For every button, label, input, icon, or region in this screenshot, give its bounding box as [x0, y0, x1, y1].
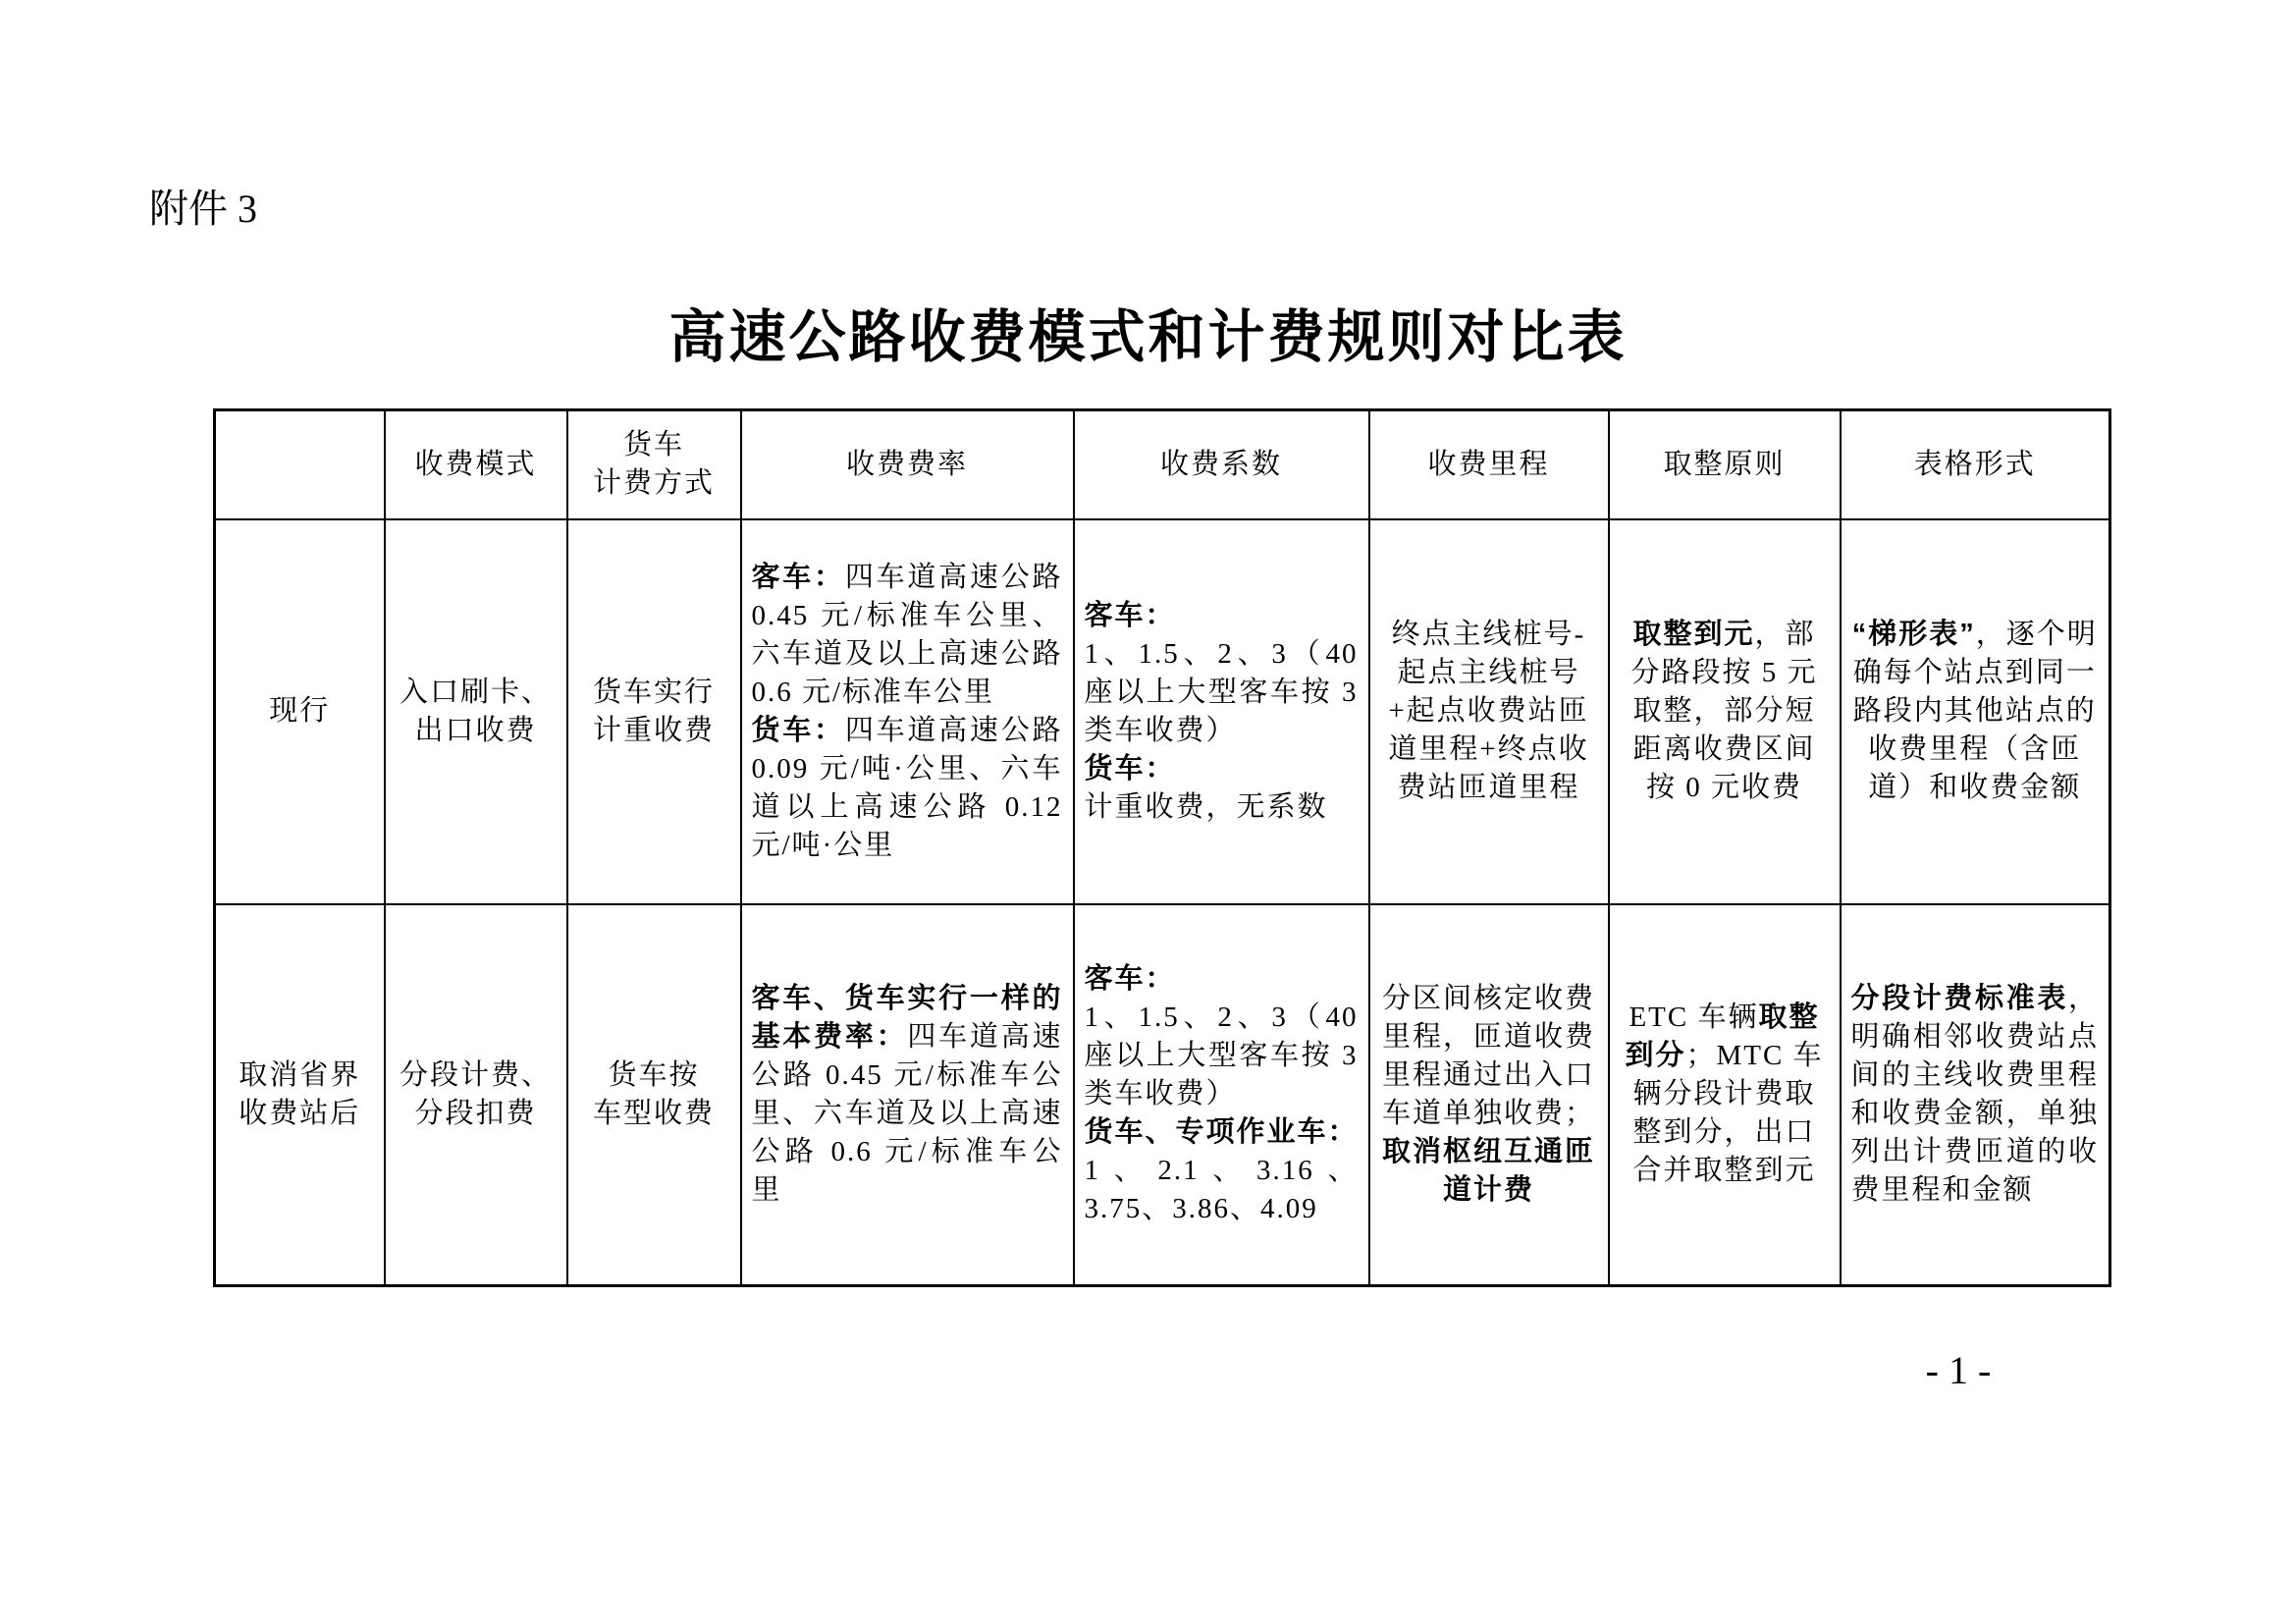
- row-current-mileage-cell: 终点主线桩号-起点主线桩号+起点收费站匝道里程+终点收费站匝道里程: [1369, 519, 1609, 904]
- row-after-coefficient-cell: 客车：1、1.5、2、3（40 座以上大型客车按 3 类车收费）货车、专项作业车…: [1074, 904, 1369, 1286]
- row-current-truck-method-cell: 货车实行 计重收费: [567, 519, 741, 904]
- header-cell-table-form: 表格形式: [1841, 410, 2110, 519]
- table-row-current: 现行 入口刷卡、 出口收费 货车实行 计重收费 客车：四车道高速公路 0.45 …: [215, 519, 2110, 904]
- table-row-after-cancellation: 取消省界 收费站后 分段计费、 分段扣费 货车按 车型收费 客车、货车实行一样的…: [215, 904, 2110, 1286]
- header-cell-coefficient: 收费系数: [1074, 410, 1369, 519]
- row-current-mode-cell: 入口刷卡、 出口收费: [385, 519, 567, 904]
- row-current-coefficient-cell: 客车：1、1.5、2、3（40 座以上大型客车按 3 类车收费）货车：计重收费，…: [1074, 519, 1369, 904]
- row-after-rounding-cell: ETC 车辆取整到分；MTC 车辆分段计费取整到分，出口合并取整到元: [1609, 904, 1841, 1286]
- row-current-rate-cell: 客车：四车道高速公路 0.45 元/标准车公里、六车道及以上高速公路 0.6 元…: [741, 519, 1074, 904]
- header-cell-mileage: 收费里程: [1369, 410, 1609, 519]
- page-number: - 1 -: [1762, 1347, 2155, 1393]
- row-current-label-cell: 现行: [215, 519, 385, 904]
- row-after-table-form-cell: 分段计费标准表，明确相邻收费站点间的主线收费里程和收费金额，单独列出计费匝道的收…: [1841, 904, 2110, 1286]
- row-after-label-cell: 取消省界 收费站后: [215, 904, 385, 1286]
- row-current-rounding-cell: 取整到元，部分路段按 5 元取整，部分短距离收费区间按 0 元收费: [1609, 519, 1841, 904]
- document-page: { "attachment_label": "附件 3", "title": "…: [0, 0, 2296, 1624]
- attachment-label: 附件 3: [149, 187, 257, 232]
- header-cell-mode: 收费模式: [385, 410, 567, 519]
- row-current-table-form-cell: “梯形表”，逐个明确每个站点到同一路段内其他站点的收费里程（含匝道）和收费金额: [1841, 519, 2110, 904]
- toll-comparison-table: 收费模式 货车 计费方式 收费费率 收费系数 收费里程 取整原则 表格形式 现行…: [213, 408, 2111, 1287]
- row-after-mileage-cell: 分区间核定收费里程，匝道收费里程通过出入口车道单独收费；取消枢纽互通匝道计费: [1369, 904, 1609, 1286]
- row-after-rate-cell: 客车、货车实行一样的基本费率：四车道高速公路 0.45 元/标准车公里、六车道及…: [741, 904, 1074, 1286]
- table-header-row: 收费模式 货车 计费方式 收费费率 收费系数 收费里程 取整原则 表格形式: [215, 410, 2110, 519]
- header-cell-rounding: 取整原则: [1609, 410, 1841, 519]
- header-cell-rate: 收费费率: [741, 410, 1074, 519]
- header-cell-blank: [215, 410, 385, 519]
- row-after-mode-cell: 分段计费、 分段扣费: [385, 904, 567, 1286]
- page-title: 高速公路收费模式和计费规则对比表: [0, 291, 2296, 373]
- row-after-truck-method-cell: 货车按 车型收费: [567, 904, 741, 1286]
- header-cell-truck-method: 货车 计费方式: [567, 410, 741, 519]
